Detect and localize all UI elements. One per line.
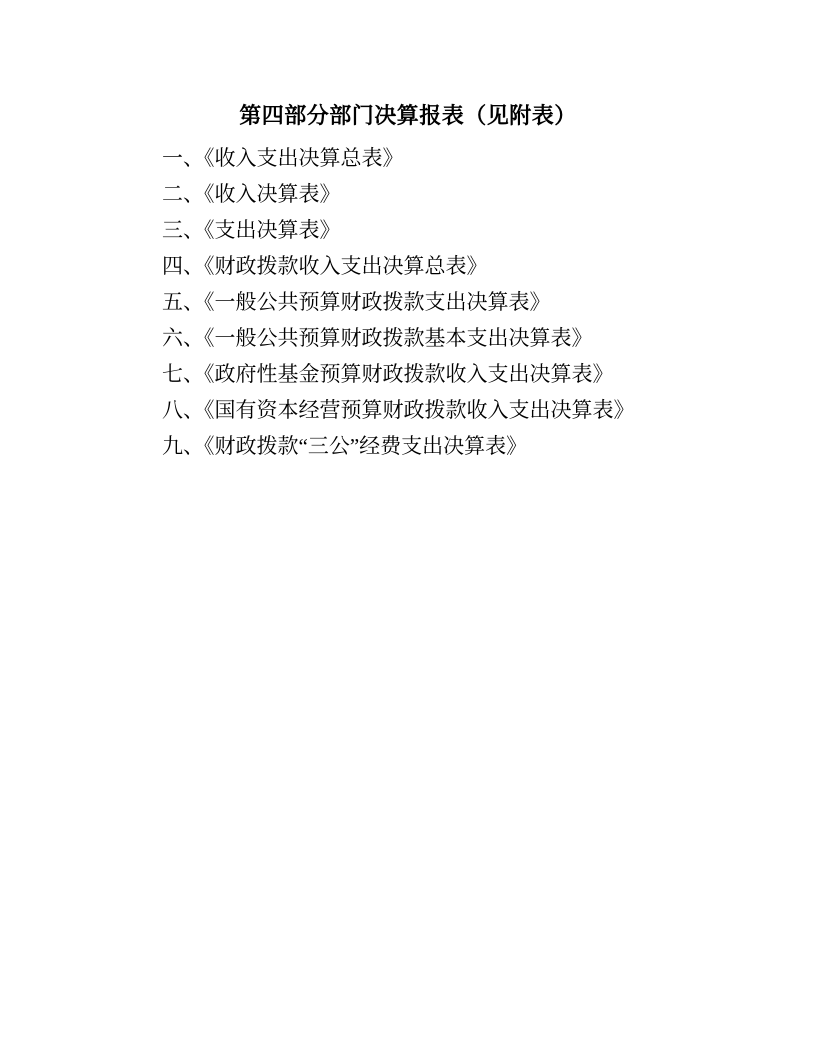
item-title: 《国有资本经营预算财政拨款收入支出决算表》 xyxy=(204,398,635,422)
list-item: 八、《国有资本经营预算财政拨款收入支出决算表》 xyxy=(162,392,776,428)
item-number: 七、 xyxy=(162,362,204,386)
list-item: 九、《财政拨款“三公”经费支出决算表》 xyxy=(162,428,776,464)
item-number: 六、 xyxy=(162,326,204,350)
list-item: 四、《财政拨款收入支出决算总表》 xyxy=(162,248,776,284)
list-item: 七、《政府性基金预算财政拨款收入支出决算表》 xyxy=(162,356,776,392)
item-title: 《财政拨款收入支出决算总表》 xyxy=(204,254,488,278)
item-title: 《政府性基金预算财政拨款收入支出决算表》 xyxy=(204,362,614,386)
item-title: 《收入支出决算总表》 xyxy=(204,146,404,170)
document-page: 第四部分部门决算报表（见附表） 一、《收入支出决算总表》 二、《收入决算表》 三… xyxy=(0,0,816,1056)
list-item: 六、《一般公共预算财政拨款基本支出决算表》 xyxy=(162,320,776,356)
report-list: 一、《收入支出决算总表》 二、《收入决算表》 三、《支出决算表》 四、《财政拨款… xyxy=(0,140,816,464)
item-title: 《收入决算表》 xyxy=(204,182,341,206)
item-title: 《财政拨款“三公”经费支出决算表》 xyxy=(204,434,527,458)
list-item: 一、《收入支出决算总表》 xyxy=(162,140,776,176)
item-title: 《一般公共预算财政拨款基本支出决算表》 xyxy=(204,326,593,350)
list-item: 二、《收入决算表》 xyxy=(162,176,776,212)
item-number: 八、 xyxy=(162,398,204,422)
item-number: 二、 xyxy=(162,182,204,206)
list-item: 五、《一般公共预算财政拨款支出决算表》 xyxy=(162,284,776,320)
item-number: 三、 xyxy=(162,218,204,242)
item-number: 四、 xyxy=(162,254,204,278)
item-number: 九、 xyxy=(162,434,204,458)
item-title: 《一般公共预算财政拨款支出决算表》 xyxy=(204,290,551,314)
item-title: 《支出决算表》 xyxy=(204,218,341,242)
page-title: 第四部分部门决算报表（见附表） xyxy=(0,0,816,130)
list-item: 三、《支出决算表》 xyxy=(162,212,776,248)
item-number: 一、 xyxy=(162,146,204,170)
item-number: 五、 xyxy=(162,290,204,314)
